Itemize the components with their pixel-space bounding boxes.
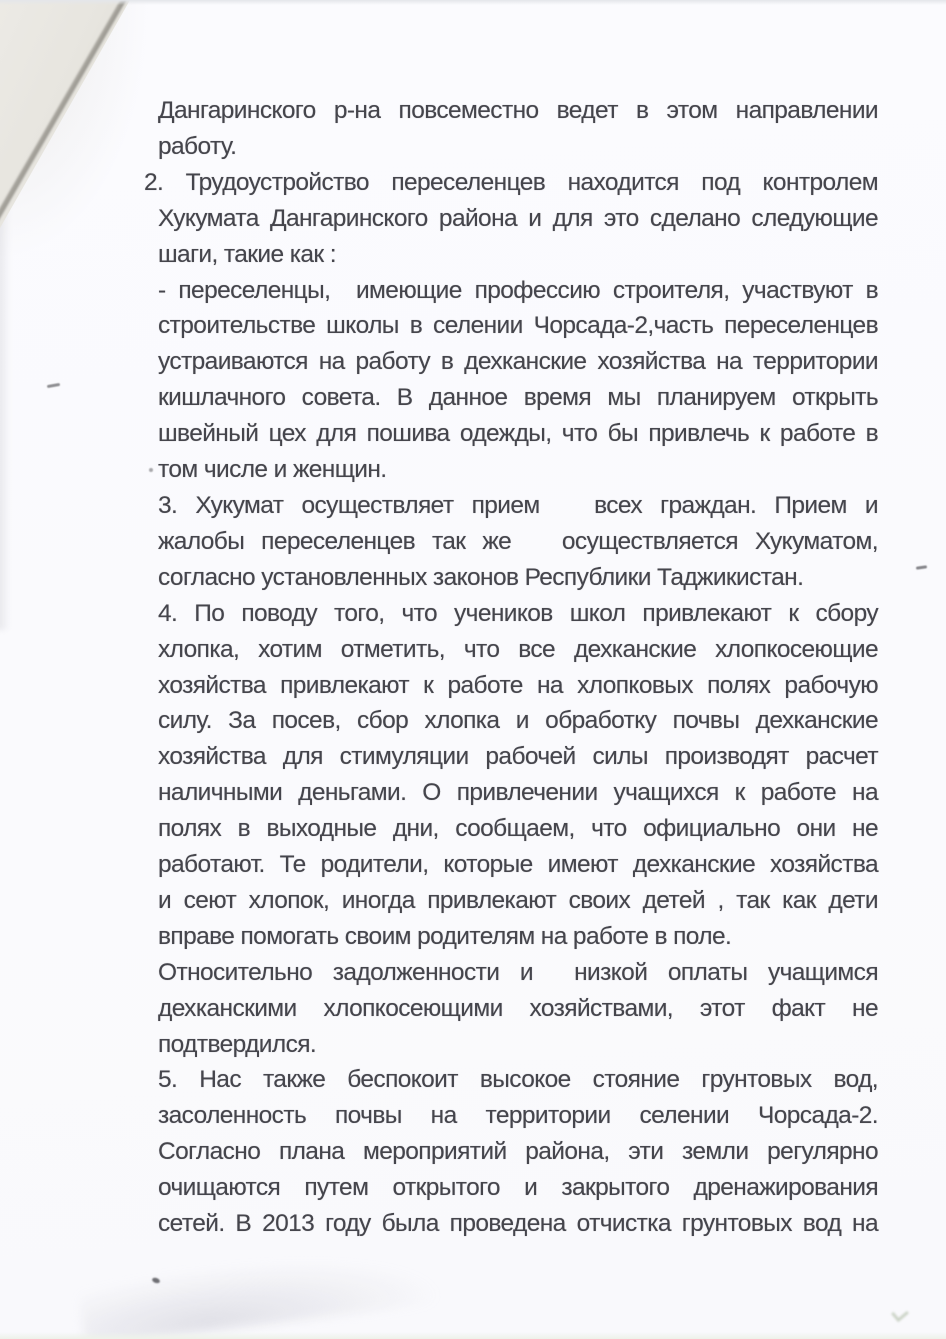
scan-edge-top xyxy=(0,0,946,5)
text-line: засоленность почвы на территории селении… xyxy=(158,1098,878,1134)
text-line: шаги, такие как : xyxy=(158,237,878,273)
text-line: 3. Хукумат осуществляет прием всех гражд… xyxy=(158,488,878,524)
text-line: хозяйства для стимуляции рабочей силы пр… xyxy=(158,739,878,775)
text-line: наличными деньгами. О привлечении учащих… xyxy=(158,775,878,811)
text-line: Хукумата Дангаринского района и для это … xyxy=(158,201,878,237)
text-line: работу. xyxy=(158,129,878,165)
text-line: работают. Те родители, которые имеют дех… xyxy=(158,847,878,883)
paragraph: Дангаринского р-на повсеместно ведет в э… xyxy=(158,93,878,165)
pencil-dash-left-margin xyxy=(47,383,60,388)
paragraph: 5. Нас также беспокоит высокое стояние г… xyxy=(158,1062,878,1242)
text-line: вправе помогать своим родителям на работ… xyxy=(158,919,878,955)
text-block: Дангаринского р-на повсеместно ведет в э… xyxy=(158,93,878,1242)
text-line: устраиваются на работу в дехканские хозя… xyxy=(158,344,878,380)
text-line: швейный цех для пошива одежды, что бы пр… xyxy=(158,416,878,452)
paragraph: Относительно задолженности и низкой опла… xyxy=(158,955,878,1063)
paragraph: 2. Трудоустройство переселенцев находитс… xyxy=(158,165,878,273)
text-line: 5. Нас также беспокоит высокое стояние г… xyxy=(158,1062,878,1098)
text-line: Относительно задолженности и низкой опла… xyxy=(158,955,878,991)
text-line: - переселенцы, имеющие профессию строите… xyxy=(158,273,878,309)
text-line: сетей. В 2013 году была проведена отчист… xyxy=(158,1206,878,1242)
pencil-dash-right-margin xyxy=(916,565,927,570)
text-line: кишлачного совета. В данное время мы пла… xyxy=(158,380,878,416)
scanned-page: Дангаринского р-на повсеместно ведет в э… xyxy=(0,0,946,1339)
paragraph: 4. По поводу того, что учеников школ при… xyxy=(158,596,878,955)
paragraph: 3. Хукумат осуществляет прием всех гражд… xyxy=(158,488,878,596)
text-line: согласно установленных законов Республик… xyxy=(158,560,878,596)
text-line: полях в выходные дни, сообщаем, что офиц… xyxy=(158,811,878,847)
faint-check-mark xyxy=(891,1305,909,1322)
text-line: очищаются путем открытого и закрытого др… xyxy=(158,1170,878,1206)
scan-edge-bottom xyxy=(0,1332,946,1339)
text-line: дехканскими хлопкосеющими хозяйствами, э… xyxy=(158,991,878,1027)
paragraph: - переселенцы, имеющие профессию строите… xyxy=(158,273,878,488)
text-line: хлопка, хотим отметить, что все дехканск… xyxy=(158,632,878,668)
text-line: жалобы переселенцев так же осуществляетс… xyxy=(158,524,878,560)
text-line: и сеют хлопок, иногда привлекают своих д… xyxy=(158,883,878,919)
text-line: силу. За посев, сбор хлопка и обработку … xyxy=(158,703,878,739)
text-line: подтвердился. xyxy=(158,1027,878,1063)
text-line: хозяйства привлекают к работе на хлопков… xyxy=(158,668,878,704)
stray-dot-mark xyxy=(149,468,153,472)
text-line: строительстве школы в селении Чорсада-2,… xyxy=(158,308,878,344)
page-curl-shadow xyxy=(77,1239,442,1339)
text-line: 4. По поводу того, что учеников школ при… xyxy=(158,596,878,632)
text-line: том числе и женщин. xyxy=(158,452,878,488)
fold-crease-line xyxy=(0,0,154,254)
left-edge-smudge xyxy=(0,210,10,630)
text-line: Согласно плана мероприятий района, эти з… xyxy=(158,1134,878,1170)
text-line: 2. Трудоустройство переселенцев находитс… xyxy=(158,165,878,201)
text-line: Дангаринского р-на повсеместно ведет в э… xyxy=(158,93,878,129)
